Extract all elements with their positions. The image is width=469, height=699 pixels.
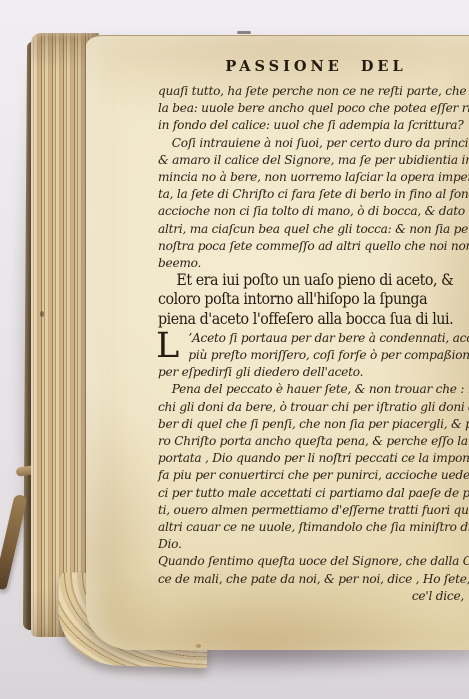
paragraph: Pena del peccato è hauer ſete, & non tro… — [158, 380, 464, 552]
text-line: ta, la ſete di Chriſto ci fara ſete di b… — [158, 185, 458, 202]
text-line: Coſi intrauiene à noi ſuoi, per certo du… — [158, 134, 458, 151]
text-line: per eſpedirſi gli diedero dell'aceto. — [158, 363, 458, 380]
text-line: ro Chriſto porta ancho queſta pena, & pe… — [158, 432, 458, 449]
text-line: in fondo del calice: uuol che ſi adempia… — [158, 116, 458, 133]
text-line: & amaro il calice del Signore, ma ſe per… — [158, 151, 458, 168]
text-line: la bea: uuole bere ancho quel poco che p… — [158, 99, 458, 116]
text-line: beemo. — [158, 254, 458, 271]
edge-mark — [40, 311, 44, 317]
running-header: PASSIONE DEL — [158, 58, 464, 75]
scripture-quote-block: Et era iui poſto un uaſo pieno di aceto,… — [158, 271, 464, 329]
text-line: ce de mali, che pate da noi, & per noi, … — [158, 570, 458, 587]
foxing-speck — [224, 124, 228, 128]
paragraph: Quando ſentimo queſta uoce del Signore, … — [158, 552, 464, 604]
text-line: quaſi tutto, ha ſete perche non ce ne re… — [158, 82, 458, 99]
text-line: Pena del peccato è hauer ſete, & non tro… — [158, 380, 458, 397]
book-page: PASSIONE DEL quaſi tutto, ha ſete perche… — [86, 35, 469, 650]
text-line-catchword: ce'l dice, — [164, 587, 464, 604]
photo-scene: PASSIONE DEL quaſi tutto, ha ſete perche… — [0, 0, 469, 699]
text-line: piena d'aceto l'offeſero alla bocca ſua … — [158, 310, 440, 329]
edge-mark — [237, 31, 251, 34]
paragraph-continuation: quaſi tutto, ha ſete perche non ce ne re… — [158, 82, 464, 134]
text-line: Quando ſentimo queſta uoce del Signore, … — [158, 552, 458, 569]
paragraph: Coſi intrauiene à noi ſuoi, per certo du… — [158, 134, 464, 272]
text-line: coloro poſta intorno all'hiſopo la ſpung… — [158, 290, 440, 309]
text-line: accioche non ci ſia tolto di mano, ò di … — [158, 202, 458, 219]
text-line: altri cauar ce ne uuole, ſtimandolo che … — [158, 518, 458, 535]
text-line: altri, ma ciaſcun bea quel che gli tocca… — [158, 220, 458, 237]
text-line: ’Aceto ſi portaua per dar bere à condenn… — [158, 329, 458, 346]
text-line: Et era iui poſto un uaſo pieno di aceto,… — [158, 271, 440, 290]
text-block: PASSIONE DEL quaſi tutto, ha ſete perche… — [158, 58, 464, 604]
text-line: chi gli doni da bere, ò trouar chi per i… — [158, 398, 458, 415]
text-line: più preſto moriſſero, coſi forſe ò per c… — [158, 346, 458, 363]
text-line: ber di quel che ſi penſi, che non ſia pe… — [158, 415, 458, 432]
paragraph-with-dropcap: L ’Aceto ſi portaua per dar bere à conde… — [158, 329, 464, 381]
text-line: fa piu per conuertirci che per punirci, … — [158, 466, 458, 483]
text-line: mincia no à bere, non uorremo laſciar la… — [158, 168, 458, 185]
text-line: ti, ouero almen permettiamo d'eſſerne tr… — [158, 501, 458, 518]
text-line: noſtra poca ſete commeſſo ad altri quell… — [158, 237, 458, 254]
foxing-speck — [196, 644, 201, 648]
text-line: ci per tutto male accettati ci partiamo … — [158, 484, 458, 501]
text-line: Dio. — [158, 535, 458, 552]
text-line: portata , Dio quando per li noſtri pecca… — [158, 449, 458, 466]
